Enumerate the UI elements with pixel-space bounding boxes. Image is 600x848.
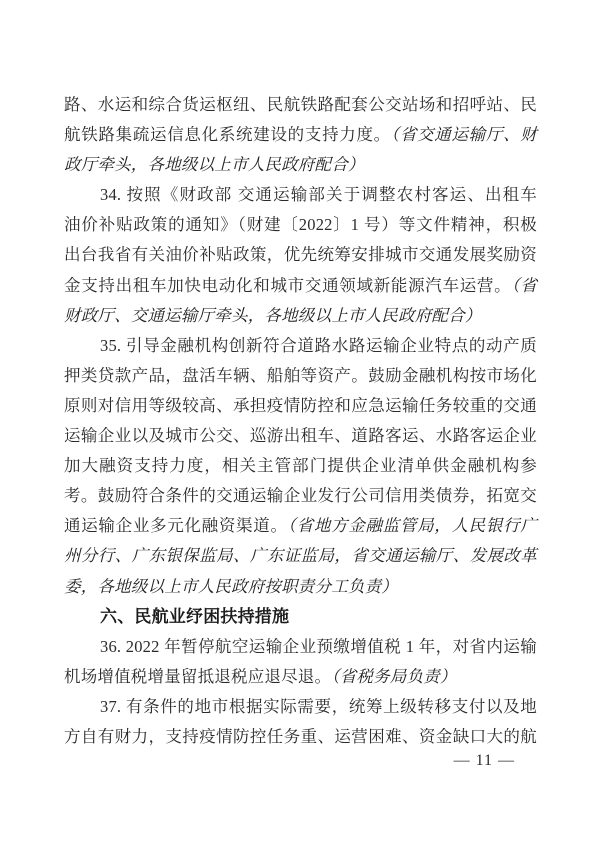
attribution-text: 政厅牵头，各地级以上市人民政府配合） xyxy=(64,155,365,174)
text-line: 出台我省有关油价补贴政策，优先统筹安排城市交通发展奖励资 xyxy=(64,240,537,270)
body-text: 37. 有条件的地市根据实际需要，统筹上级转移支付以及地 xyxy=(100,697,537,716)
body-text: 36. 2022 年暂停航空运输企业预缴增值税 1 年，对省内运输 xyxy=(100,637,537,656)
body-text: 原则对信用等级较高、承担疫情防控和应急运输任务较重的交通 xyxy=(64,396,537,415)
text-line: 委，各地级以上市人民政府按职责分工负责） xyxy=(64,572,537,602)
text-line: 金支持出租车加快电动化和城市交通领域新能源汽车运营。（省 xyxy=(64,271,537,301)
text-line: 34. 按照《财政部 交通运输部关于调整农村客运、出租车 xyxy=(64,180,537,210)
document-body: 路、水运和综合货运枢纽、民航铁路配套公交站场和招呼站、民航铁路集疏运信息化系统建… xyxy=(64,90,537,752)
body-text: 运输企业以及城市公交、巡游出租车、道路客运、水路客运企业 xyxy=(64,426,537,445)
body-text: 机场增值税增量留抵退税应退尽退。 xyxy=(64,667,331,686)
attribution-text: （省地方金融监管局，人民银行广 xyxy=(288,516,537,535)
attribution-text: （省税务局负责） xyxy=(331,667,456,686)
page-number: — 11 — xyxy=(454,750,515,772)
text-line: 运输企业以及城市公交、巡游出租车、道路客运、水路客运企业 xyxy=(64,421,537,451)
body-text: 35. 引导金融机构创新符合道路水路运输企业特点的动产质 xyxy=(100,336,537,355)
attribution-text: 州分行、广东银保监局、广东证监局，省交通运输厅、发展改革 xyxy=(64,546,537,565)
body-text: 航铁路集疏运信息化系统建设的支持力度。 xyxy=(64,125,391,144)
body-text: 金支持出租车加快电动化和城市交通领域新能源汽车运营。 xyxy=(64,276,511,295)
text-line: 州分行、广东银保监局、广东证监局，省交通运输厅、发展改革 xyxy=(64,541,537,571)
body-text: 方自有财力，支持疫情防控任务重、运营困难、资金缺口大的航 xyxy=(64,727,537,746)
text-line: 六、民航业纾困扶持措施 xyxy=(64,602,537,632)
document-page: 路、水运和综合货运枢纽、民航铁路配套公交站场和招呼站、民航铁路集疏运信息化系统建… xyxy=(0,0,600,848)
body-text: 油价补贴政策的通知》（财建〔2022〕1 号）等文件精神，积极 xyxy=(64,215,537,234)
body-text: 通运输企业多元化融资渠道。 xyxy=(64,516,288,535)
body-text: 34. 按照《财政部 交通运输部关于调整农村客运、出租车 xyxy=(100,185,537,204)
text-line: 原则对信用等级较高、承担疫情防控和应急运输任务较重的交通 xyxy=(64,391,537,421)
attribution-text: （省交通运输厅、财 xyxy=(391,125,537,144)
body-text: 押类贷款产品，盘活车辆、船舶等资产。鼓励金融机构按市场化 xyxy=(64,366,537,385)
text-line: 财政厅、交通运输厅牵头，各地级以上市人民政府配合） xyxy=(64,301,537,331)
text-line: 航铁路集疏运信息化系统建设的支持力度。（省交通运输厅、财 xyxy=(64,120,537,150)
attribution-text: （省 xyxy=(511,276,537,295)
section-heading-text: 六、民航业纾困扶持措施 xyxy=(100,607,289,626)
text-line: 押类贷款产品，盘活车辆、船舶等资产。鼓励金融机构按市场化 xyxy=(64,361,537,391)
attribution-text: 财政厅、交通运输厅牵头，各地级以上市人民政府配合） xyxy=(64,306,482,325)
attribution-text: 委，各地级以上市人民政府按职责分工负责） xyxy=(64,577,398,596)
body-text: 加大融资支持力度，相关主管部门提供企业清单供金融机构参 xyxy=(64,456,537,475)
text-line: 考。鼓励符合条件的交通运输企业发行公司信用类债券，拓宽交 xyxy=(64,481,537,511)
text-line: 方自有财力，支持疫情防控任务重、运营困难、资金缺口大的航 xyxy=(64,722,537,752)
text-line: 路、水运和综合货运枢纽、民航铁路配套公交站场和招呼站、民 xyxy=(64,90,537,120)
body-text: 路、水运和综合货运枢纽、民航铁路配套公交站场和招呼站、民 xyxy=(64,95,537,114)
text-line: 政厅牵头，各地级以上市人民政府配合） xyxy=(64,150,537,180)
text-line: 机场增值税增量留抵退税应退尽退。（省税务局负责） xyxy=(64,662,537,692)
text-line: 35. 引导金融机构创新符合道路水路运输企业特点的动产质 xyxy=(64,331,537,361)
text-line: 通运输企业多元化融资渠道。（省地方金融监管局，人民银行广 xyxy=(64,511,537,541)
text-line: 油价补贴政策的通知》（财建〔2022〕1 号）等文件精神，积极 xyxy=(64,210,537,240)
text-line: 加大融资支持力度，相关主管部门提供企业清单供金融机构参 xyxy=(64,451,537,481)
text-line: 36. 2022 年暂停航空运输企业预缴增值税 1 年，对省内运输 xyxy=(64,632,537,662)
body-text: 考。鼓励符合条件的交通运输企业发行公司信用类债券，拓宽交 xyxy=(64,486,537,505)
text-line: 37. 有条件的地市根据实际需要，统筹上级转移支付以及地 xyxy=(64,692,537,722)
body-text: 出台我省有关油价补贴政策，优先统筹安排城市交通发展奖励资 xyxy=(64,245,537,264)
